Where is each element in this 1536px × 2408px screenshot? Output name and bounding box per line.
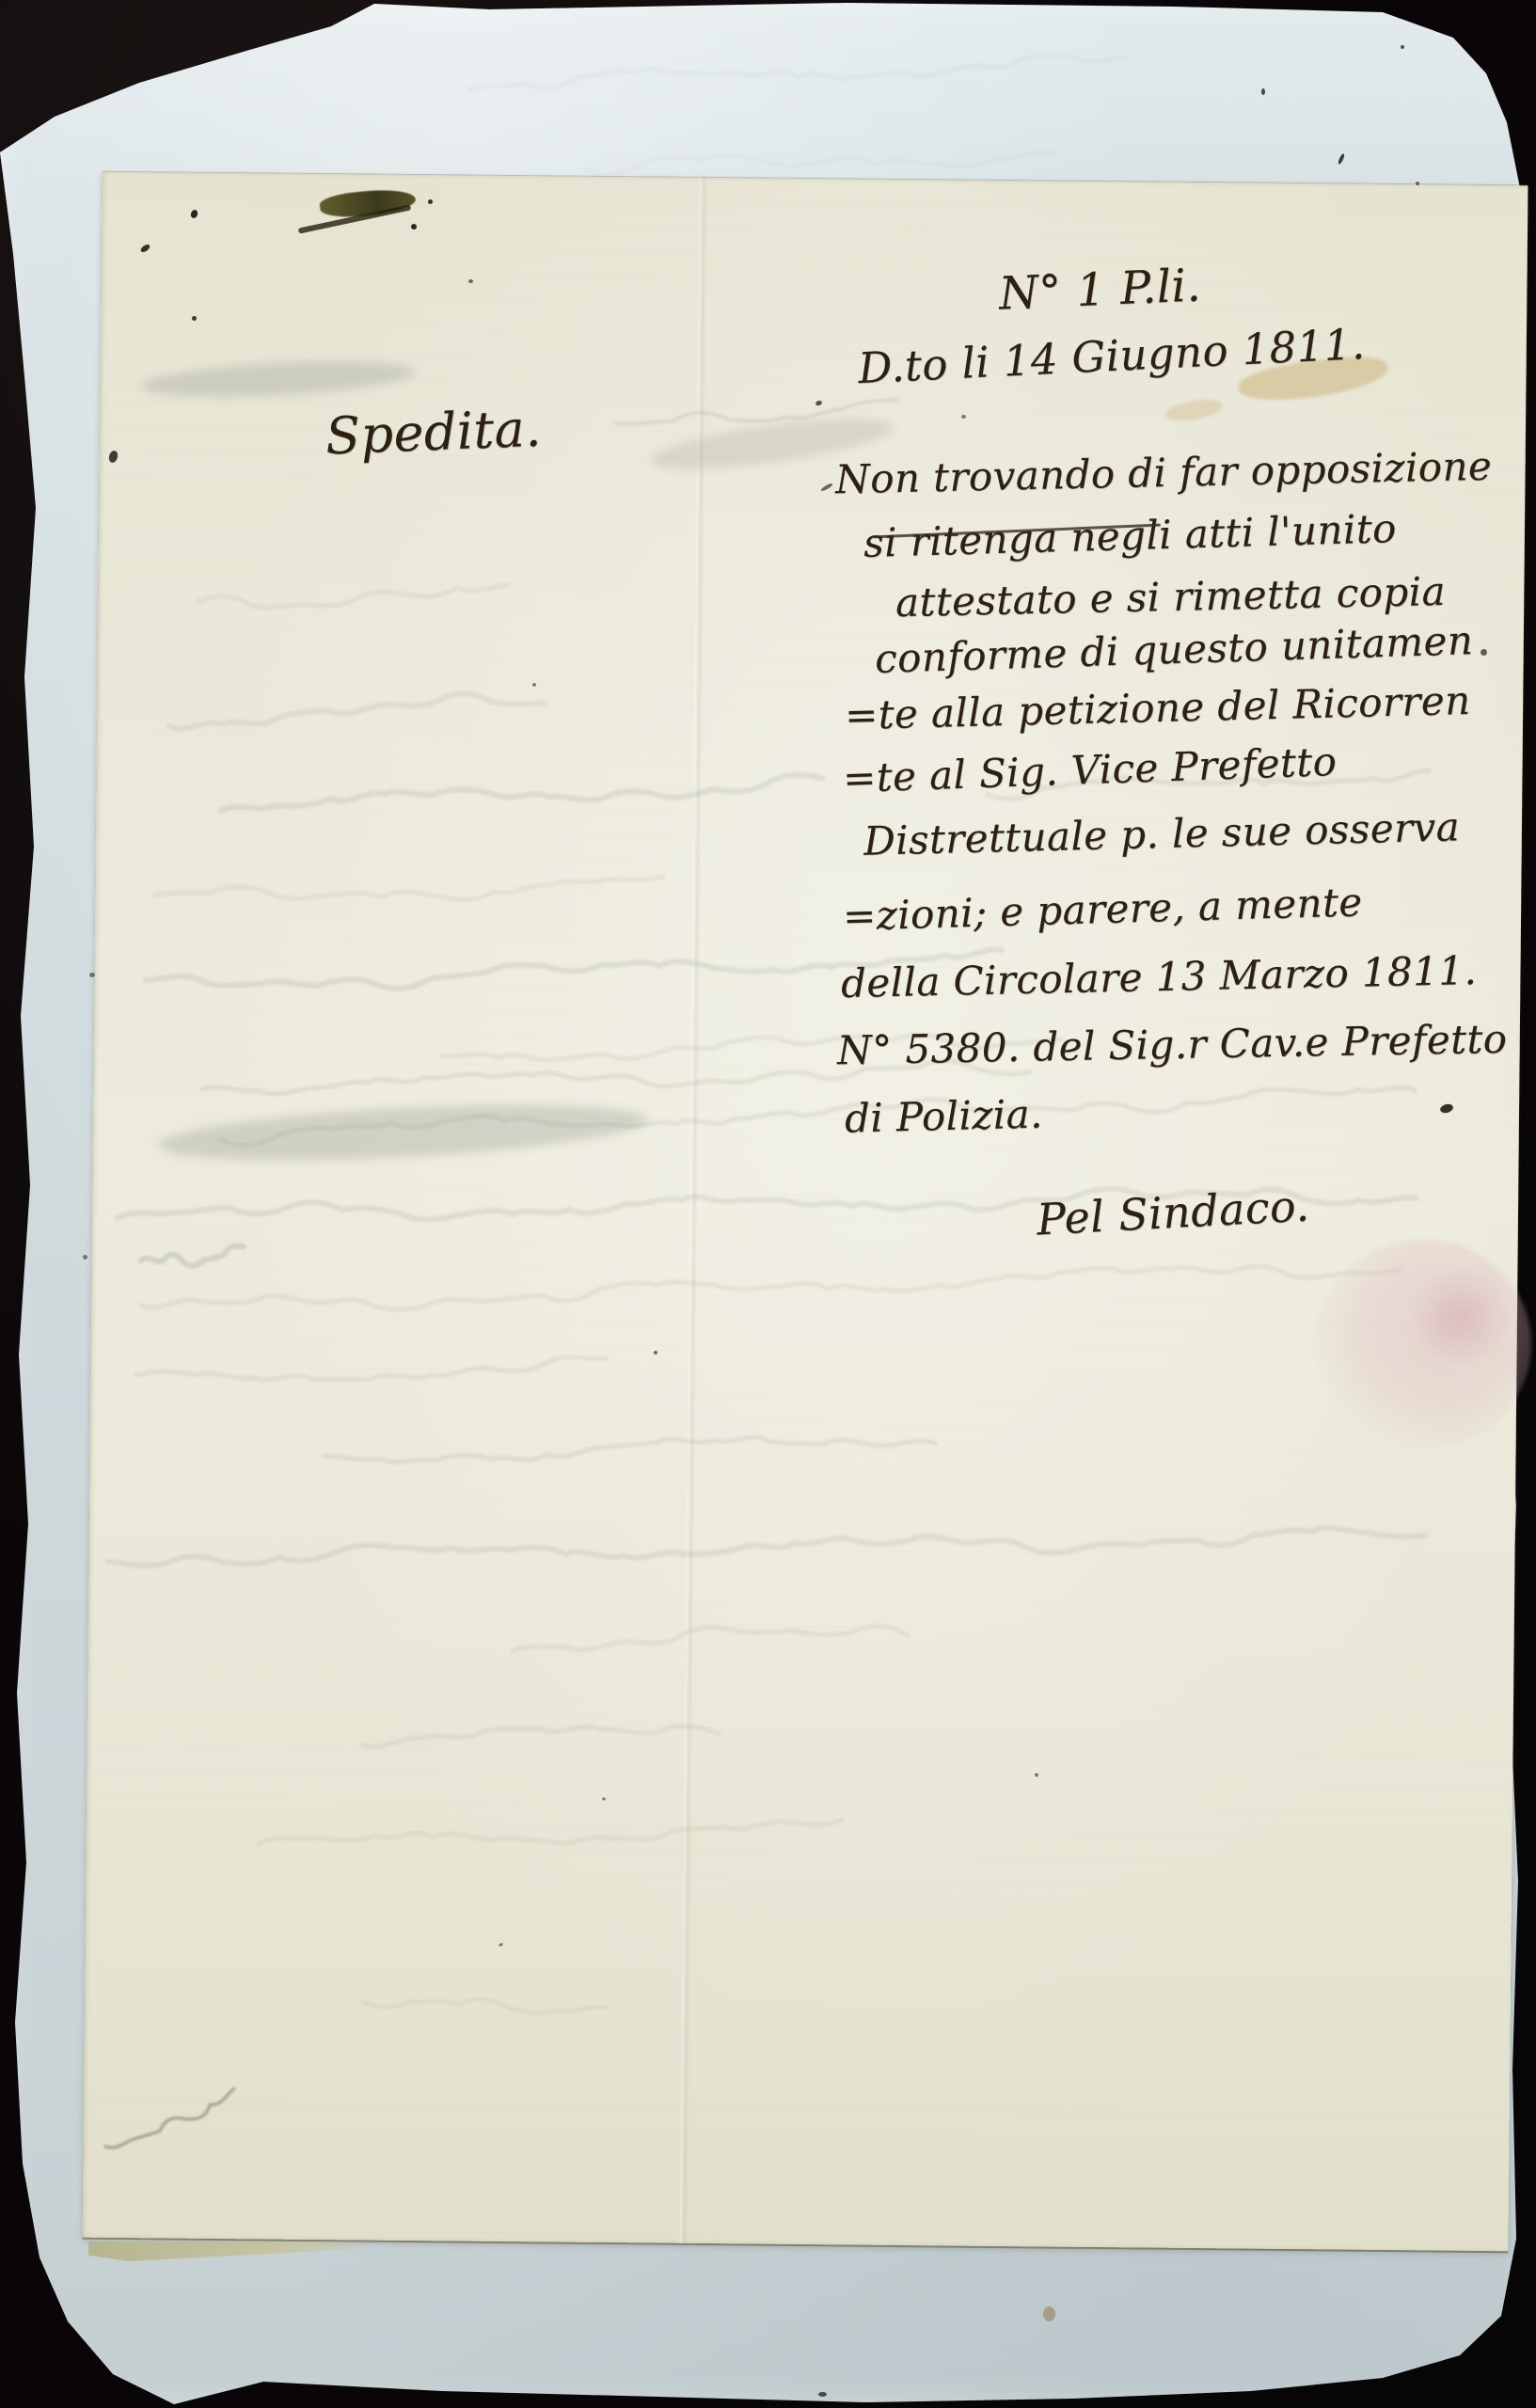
- pasted-sheet: [82, 172, 1528, 2251]
- manuscript-scan: Spedita. N° 1 P.li. D.to li 14 Giugno 18…: [0, 0, 1536, 2408]
